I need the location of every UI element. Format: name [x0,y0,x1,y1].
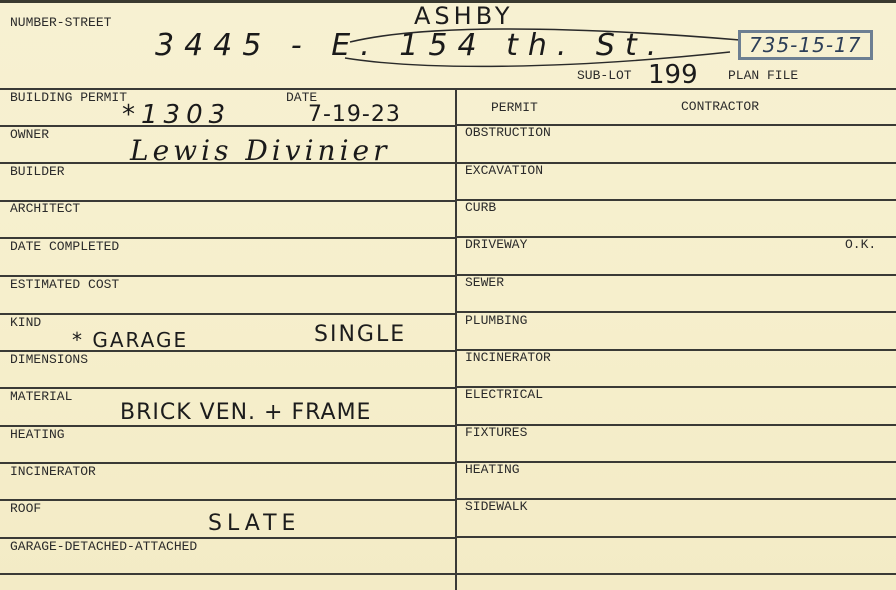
row-rule [456,349,896,351]
material-label: MATERIAL [10,390,72,404]
owner-label: OWNER [10,128,49,142]
row-rule [456,573,896,575]
kind-label: KIND [10,316,41,330]
stamp-number: 735-15-17 [738,30,873,60]
row-rule [0,462,455,464]
building-permit-label: BUILDING PERMIT [10,91,127,105]
contractor-header-label: CONTRACTOR [681,100,759,114]
row-rule [0,275,455,277]
row-rule [456,124,896,126]
incinerator-permit-label: INCINERATOR [465,351,551,365]
row-rule [0,313,455,315]
row-rule [456,536,896,538]
kind-value: * GARAGE [72,328,188,352]
row-rule [456,311,896,313]
row-rule [0,425,455,427]
fixtures-label: FIXTURES [465,426,527,440]
row-rule [456,274,896,276]
row-rule [456,498,896,500]
architect-label: ARCHITECT [10,202,80,216]
roof-value: SLATE [208,511,300,536]
material-value: BRICK VEN. + FRAME [120,400,371,425]
row-rule [456,199,896,201]
driveway-value: O.K. [845,238,876,252]
date-completed-label: DATE COMPLETED [10,240,119,254]
sewer-label: SEWER [465,276,504,290]
address-value: 3445 - E. 154 th. St. [155,28,666,63]
plan-file-label: PLAN FILE [728,69,798,83]
sub-lot-label: SUB-LOT [577,69,632,83]
builder-label: BUILDER [10,165,65,179]
row-rule [0,350,455,352]
row-rule [456,162,896,164]
address-annotation: ASHBY [414,2,514,30]
electrical-label: ELECTRICAL [465,388,543,402]
driveway-label: DRIVEWAY [465,238,527,252]
row-rule [0,125,455,127]
row-rule [0,573,455,575]
obstruction-label: OBSTRUCTION [465,126,551,140]
estimated-cost-label: ESTIMATED COST [10,278,119,292]
row-rule [456,386,896,388]
row-rule [0,237,455,239]
divider [0,88,896,90]
row-rule [0,537,455,539]
dimensions-label: DIMENSIONS [10,353,88,367]
sidewalk-label: SIDEWALK [465,500,527,514]
roof-label: ROOF [10,502,41,516]
row-rule [0,162,455,164]
row-rule [456,236,896,238]
plumbing-label: PLUMBING [465,314,527,328]
row-rule [456,461,896,463]
garage-detached-attached-label: GARAGE-DETACHED-ATTACHED [10,540,197,554]
heating-permit-label: HEATING [465,463,520,477]
kind-value-2: SINGLE [314,322,406,347]
row-rule [0,499,455,501]
date-value: 7-19-23 [308,102,401,127]
curb-label: CURB [465,201,496,215]
heating-label: HEATING [10,428,65,442]
row-rule [0,387,455,389]
row-rule [456,424,896,426]
incinerator-label: INCINERATOR [10,465,96,479]
permit-card: NUMBER-STREET 3445 - E. 154 th. St. ASHB… [0,0,896,590]
number-street-label: NUMBER-STREET [10,16,111,30]
sub-lot-value: 199 [648,60,698,90]
row-rule [0,200,455,202]
excavation-label: EXCAVATION [465,164,543,178]
permit-header-label: PERMIT [491,101,538,115]
